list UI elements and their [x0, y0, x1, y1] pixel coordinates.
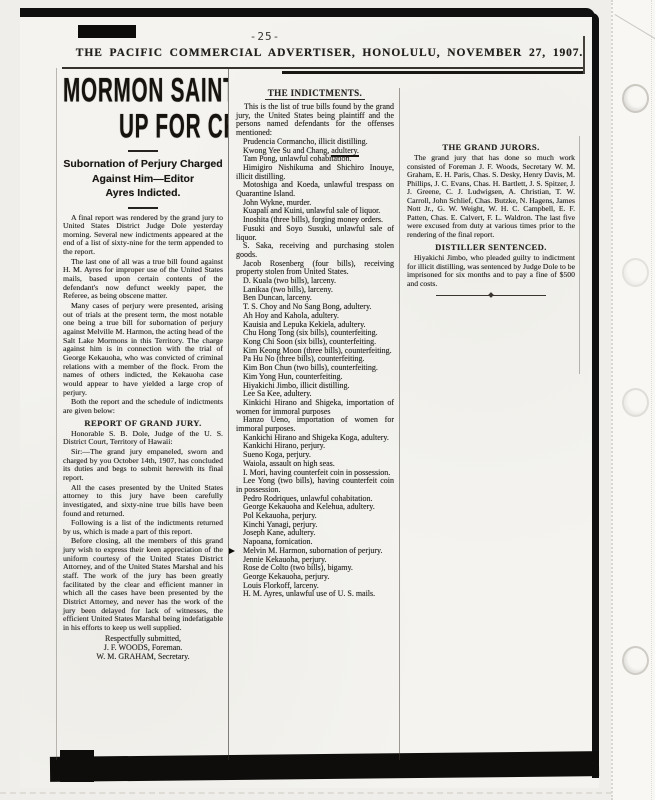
punch-hole: [622, 84, 649, 113]
indictment-text: Fusuki and Soyo Susuki, unlawful sale of…: [236, 224, 394, 242]
indictment-text: Kong Chi Soon (six bills), counterfeitin…: [243, 337, 376, 346]
indictment-text: T. S. Choy and No Sang Bong, adultery.: [243, 302, 371, 311]
scan-edge-top-bar: [20, 8, 595, 17]
headline-line-2: UP FOR CRIME: [63, 108, 223, 144]
divider-rule: [128, 207, 158, 209]
indictment-text: Louis Florkoff, larceny.: [243, 581, 319, 590]
indictment-text: Lanikaa (two bills), larceny.: [243, 285, 333, 294]
indictment-text: S. Saka, receiving and purchasing stolen…: [236, 241, 394, 259]
subheadline: Subornation of Perjury ChargedAgainst Hi…: [63, 157, 223, 201]
subheadline-line: Against Him—Editor: [63, 172, 223, 187]
indictment-text: Melvin M. Harmon, subornation of perjury…: [243, 546, 382, 555]
punch-hole: [622, 646, 649, 675]
indictment-text: Kinchi Yanagi, perjury.: [243, 520, 317, 529]
indictment-text: Ben Duncan, larceny.: [243, 293, 312, 302]
indictment-text: Kankichi Hirano, perjury.: [243, 441, 325, 450]
article-paragraph: Many cases of perjury were presented, ar…: [63, 302, 223, 397]
scan-edge-right-bar: [592, 13, 599, 778]
indictment-item: Motoshiga and Koeda, unlawful trespass o…: [236, 181, 394, 198]
jurors-column: THE GRAND JURORS. The grand jury that ha…: [401, 142, 581, 442]
indictment-text: H. M. Ayres, unlawful use of U. S. mails…: [243, 589, 375, 598]
ornamental-divider: [436, 292, 546, 298]
indictment-text: Kim Bon Chun (two bills), counterfeiting…: [243, 363, 378, 372]
indictment-text: Kankichi Hirano and Shigeka Koga, adulte…: [243, 433, 389, 442]
indictment-text: George Kekauoha and Kelehua, adultery.: [243, 502, 375, 511]
indictment-text: Pedro Rodriques, unlawful cohabitation.: [243, 494, 373, 503]
distiller-sentenced-heading: DISTILLER SENTENCED.: [407, 242, 575, 252]
scanned-newspaper-page: -25- THE PACIFIC COMMERCIAL ADVERTISER, …: [0, 0, 655, 800]
indictment-item: Himigiro Nishikuma and Shichiro Inouye, …: [236, 164, 394, 181]
indictment-text: Motoshiga and Koeda, unlawful trespass o…: [236, 180, 394, 198]
signatures: J. F. WOODS, Foreman.W. M. GRAHAM, Secre…: [63, 643, 223, 662]
indictment-text: Kim Yong Hun, counterfeiting.: [243, 372, 343, 381]
divider-rule: [128, 150, 158, 152]
indictment-text: Joseph Kane, adultery.: [243, 528, 315, 537]
report-paragraph: Before closing, all the members of this …: [63, 537, 223, 632]
indictment-item: Lee Yong (two bills), having counterfeit…: [236, 477, 394, 494]
indictment-text: Ah Hoy and Kahola, adultery.: [243, 311, 339, 320]
indictment-text: John Wykne, murder.: [243, 198, 311, 207]
typed-page-number: -25-: [205, 30, 325, 43]
indictment-text: Waiola, assault on high seas.: [243, 459, 335, 468]
indictment-text: Chu Hong Tong (six bills), counterfeitin…: [243, 328, 378, 337]
subheadline-line: Subornation of Perjury Charged: [63, 157, 223, 172]
indictments-intro: This is the list of true bills found by …: [236, 103, 394, 138]
distiller-sentenced-paragraph: Hiyakichi Jimbo, who pleaded guilty to i…: [407, 254, 575, 288]
bottom-perforation-line: [0, 792, 612, 794]
article-paragraph: A final report was rendered by the grand…: [63, 214, 223, 257]
indictment-text: Kuapali and Kuini, unlawful sale of liqu…: [243, 206, 380, 215]
indictment-item: Hanzo Ueno, importation of women for imm…: [236, 416, 394, 433]
indictment-text: Himigiro Nishikuma and Shichiro Inouye, …: [236, 163, 394, 181]
indictments-heading: THE INDICTMENTS.: [265, 88, 365, 100]
indictment-text: Jennie Kekauoha, perjury.: [243, 555, 326, 564]
article-paragraph: Both the report and the schedule of indi…: [63, 398, 223, 415]
indictment-text: Rose de Colto (two bills), bigamy.: [243, 563, 353, 572]
indictment-text: Pa Hu No (three bills), counterfeiting.: [243, 354, 365, 363]
article-body: A final report was rendered by the grand…: [63, 214, 223, 416]
indictment-text: Kauisia and Lepuka Kekiela, adultery.: [243, 320, 366, 329]
article-paragraph: The last one of all was a true bill foun…: [63, 258, 223, 301]
indictment-item: Melvin M. Harmon, subornation of perjury…: [236, 547, 394, 556]
scan-artifact-blob: [78, 25, 136, 38]
indictment-item: H. M. Ayres, unlawful use of U. S. mails…: [236, 590, 394, 599]
subheadline-line: Ayres Indicted.: [63, 186, 223, 201]
indictment-text: Hanzo Ueno, importation of women for imm…: [236, 415, 394, 433]
indictment-text: Kim Keong Moon (three bills), counterfei…: [243, 346, 392, 355]
indictment-text: Lee Sa Kee, adultery.: [243, 389, 312, 398]
signature-line: J. F. WOODS, Foreman.: [63, 643, 223, 653]
indictment-item: S. Saka, receiving and purchasing stolen…: [236, 242, 394, 259]
indictment-text: I. Mori, having counterfeit coin in poss…: [243, 468, 390, 477]
report-section-heading: REPORT OF GRAND JURY.: [63, 418, 223, 428]
indictment-text: George Kekauoha, perjury.: [243, 572, 329, 581]
grand-jurors-heading: THE GRAND JURORS.: [407, 142, 575, 152]
indictment-text: Tam Pong, unlawful cohabitation.: [243, 154, 352, 163]
report-paragraph: Following is a list of the indictments r…: [63, 519, 223, 536]
indictments-column: THE INDICTMENTS. This is the list of tru…: [229, 88, 400, 760]
indictment-text: Lee Yong (two bills), having counterfeit…: [236, 476, 394, 494]
signature-line: W. M. GRAHAM, Secretary.: [63, 652, 223, 662]
report-paragraph: All the cases presented by the United St…: [63, 484, 223, 519]
indictment-text: Kwong Yee Su and Chang,: [243, 146, 331, 155]
indictments-list: Prudencia Cormancho, illicit distilling.…: [236, 138, 394, 599]
punch-hole: [622, 258, 649, 287]
indictment-text: Kinkichi Hirano and Shigeka, importation…: [236, 398, 394, 416]
indictment-text: Sueno Koga, perjury.: [243, 450, 311, 459]
newspaper-masthead: THE PACIFIC COMMERCIAL ADVERTISER, HONOL…: [72, 47, 587, 59]
indictment-text: Pol Kekauoha, perjury.: [243, 511, 317, 520]
indictment-text: Inoshita (three bills), forging money or…: [243, 215, 383, 224]
indictment-item: Fusuki and Soyo Susuki, unlawful sale of…: [236, 225, 394, 242]
margin-tick-mark: [583, 36, 585, 74]
article-column: MORMON SAINT UP FOR CRIME Subornation of…: [56, 68, 229, 760]
indictment-item: Jacob Rosenberg (four bills), receiving …: [236, 260, 394, 277]
report-paragraph: Sir:—The grand jury empaneled, sworn and…: [63, 448, 223, 483]
report-body: Honorable S. B. Dole, Judge of the U. S.…: [63, 430, 223, 633]
masthead-rule-heavy: [282, 71, 585, 74]
photocopy-sheet: -25- THE PACIFIC COMMERCIAL ADVERTISER, …: [20, 8, 599, 788]
indictment-text: Hiyakichi Jimbo, illicit distilling.: [243, 381, 349, 390]
perforation-dots: [651, 0, 652, 800]
grand-jurors-paragraph: The grand jury that has done so much wor…: [407, 154, 575, 239]
indictment-item: Kinkichi Hirano and Shigeka, importation…: [236, 399, 394, 416]
indictment-text: D. Kuala (two bills), larceny.: [243, 276, 336, 285]
headline-line-1: MORMON SAINT: [63, 72, 223, 108]
headline-text: MORMON SAINT: [63, 72, 229, 109]
indictment-text: Napoana, fornication.: [243, 537, 313, 546]
punch-hole: [622, 388, 649, 417]
indictment-text: Jacob Rosenberg (four bills), receiving …: [236, 259, 394, 277]
indictment-text: Prudencia Cormancho, illicit distilling.: [243, 137, 368, 146]
headline-text: UP FOR CRIME: [119, 108, 229, 145]
report-paragraph: Honorable S. B. Dole, Judge of the U. S.…: [63, 430, 223, 447]
closing-line: Respectfully submitted,: [63, 634, 223, 643]
